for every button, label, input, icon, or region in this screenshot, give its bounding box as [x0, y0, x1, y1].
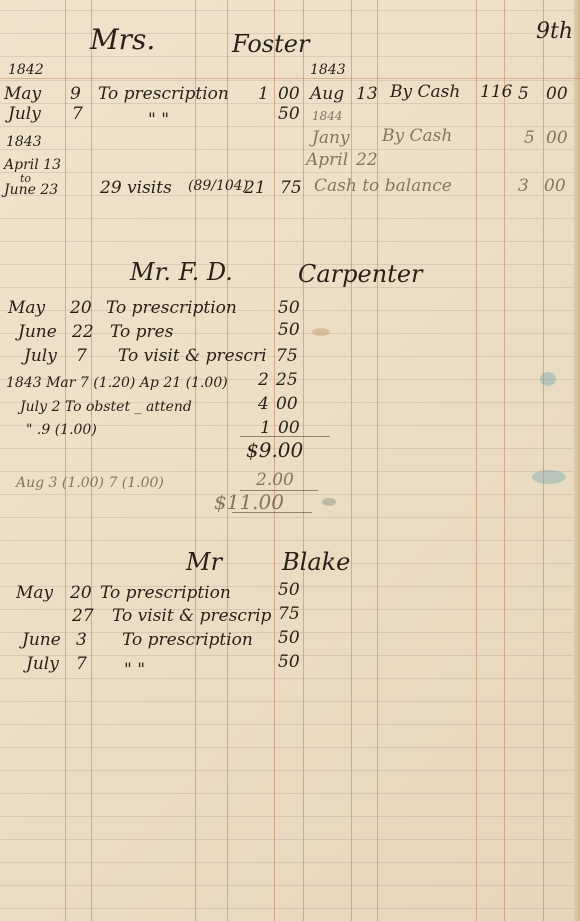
extra-description: Aug 3 (1.00) 7 (1.00) [16, 473, 164, 493]
column-rule [543, 0, 544, 921]
debit-description: To pres [110, 322, 173, 342]
debit-day: 27 [72, 606, 94, 626]
debit-cents: 75 [280, 178, 302, 198]
debit-day: 3 [76, 630, 87, 650]
debit-day: 7 [76, 346, 87, 366]
ink-stain [532, 470, 566, 484]
debit-dollars: 2 [258, 370, 269, 390]
debit-description: 1843 Mar 7 (1.20) Ap 21 (1.00) [6, 373, 228, 393]
credit-description: Cash to balance [314, 176, 452, 196]
debit-description: To visit & prescrip [112, 606, 271, 626]
extra-amount: 2.00 [256, 470, 294, 490]
debit-description: To prescription [106, 298, 237, 318]
column-rule [91, 0, 92, 921]
column-rule [351, 0, 352, 921]
debit-description: 29 visits [100, 178, 172, 198]
account-name-prefix: Mr [186, 552, 222, 572]
debit-dollars: 21 [244, 178, 266, 198]
ink-stain [540, 372, 556, 386]
debit-day: 20 [70, 583, 92, 603]
debit-month: June [22, 630, 61, 650]
debit-month: May [4, 84, 41, 104]
account-name: Carpenter [298, 264, 423, 284]
credit-cents: 00 [546, 84, 568, 104]
debit-description: July 2 To obstet _ attend [20, 397, 192, 417]
debit-day: 20 [70, 298, 92, 318]
account-name: Blake [282, 552, 350, 572]
credit-cents: 00 [544, 176, 566, 196]
debit-description: " " [148, 110, 169, 130]
debit-description: " .9 (1.00) [26, 420, 97, 440]
credit-year: 1844 [312, 106, 343, 126]
debit-cents: 50 [278, 298, 300, 318]
debit-year: 1842 [8, 60, 44, 80]
debit-description: To prescription [122, 630, 253, 650]
total: $11.00 [214, 492, 284, 512]
column-rule [504, 0, 505, 921]
credit-dollars: 5 [518, 84, 529, 104]
sum-underline [240, 436, 330, 437]
debit-cents: 50 [278, 652, 300, 672]
debit-dollars: 1 [260, 418, 271, 438]
account-name-prefix: Mrs. [90, 30, 155, 50]
credit-month: Jany [312, 128, 350, 148]
column-rule [65, 0, 66, 921]
credit-cents: 00 [546, 128, 568, 148]
debit-cents: 25 [276, 370, 298, 390]
debit-cents: 00 [278, 418, 300, 438]
subtotal: $9.00 [246, 440, 303, 460]
debit-month: July [26, 654, 59, 674]
credit-description: By Cash [390, 82, 460, 102]
debit-month: May [8, 298, 45, 318]
debit-day: 9 [70, 84, 81, 104]
debit-description: To visit & prescri [118, 346, 267, 366]
credit-day: 13 [356, 84, 378, 104]
total-underline [232, 512, 312, 513]
ledger-page: 9th Mrs. Foster 1842 May 9 To prescripti… [0, 0, 580, 921]
debit-description: To prescription [98, 84, 229, 104]
credit-day: 22 [356, 150, 378, 170]
debit-cents: 75 [276, 346, 298, 366]
credit-month: Aug [310, 84, 344, 104]
credit-dollars: 3 [518, 176, 529, 196]
credit-dollars: 5 [524, 128, 535, 148]
debit-month: July [24, 346, 57, 366]
column-rule [377, 0, 378, 921]
ink-stain [322, 498, 336, 506]
debit-dollars: 1 [258, 84, 269, 104]
debit-month: June [18, 322, 57, 342]
credit-folio: 116 [480, 82, 512, 102]
page-edge [574, 0, 580, 921]
debit-cents: 00 [278, 84, 300, 104]
account-name: Foster [232, 34, 309, 54]
debit-cents: 00 [276, 394, 298, 414]
debit-month: May [16, 583, 53, 603]
debit-month: April 13 [4, 155, 61, 175]
debit-cents: 50 [278, 104, 300, 124]
debit-dollars: 4 [258, 394, 269, 414]
credit-year: 1843 [310, 60, 346, 80]
column-rule [195, 0, 196, 921]
credit-month: April [306, 150, 348, 170]
debit-cents: 50 [278, 320, 300, 340]
debit-description: " " [124, 660, 145, 680]
column-rule [227, 0, 228, 921]
debit-day: 7 [72, 104, 83, 124]
debit-month: June 23 [4, 180, 58, 200]
account-name-prefix: Mr. F. D. [130, 262, 233, 282]
debit-description: To prescription [100, 583, 231, 603]
debit-ref: (89/104) [188, 176, 248, 196]
debit-cents: 75 [278, 604, 300, 624]
column-rule [476, 0, 477, 921]
debit-day: 22 [72, 322, 94, 342]
page-number: 9th [536, 22, 573, 42]
debit-cents: 50 [278, 580, 300, 600]
credit-description: By Cash [382, 126, 452, 146]
ink-stain [312, 328, 330, 336]
debit-year: 1843 [6, 132, 42, 152]
column-rule [303, 0, 304, 921]
debit-month: July [8, 104, 41, 124]
header-rule [0, 78, 580, 79]
debit-cents: 50 [278, 628, 300, 648]
debit-day: 7 [76, 654, 87, 674]
